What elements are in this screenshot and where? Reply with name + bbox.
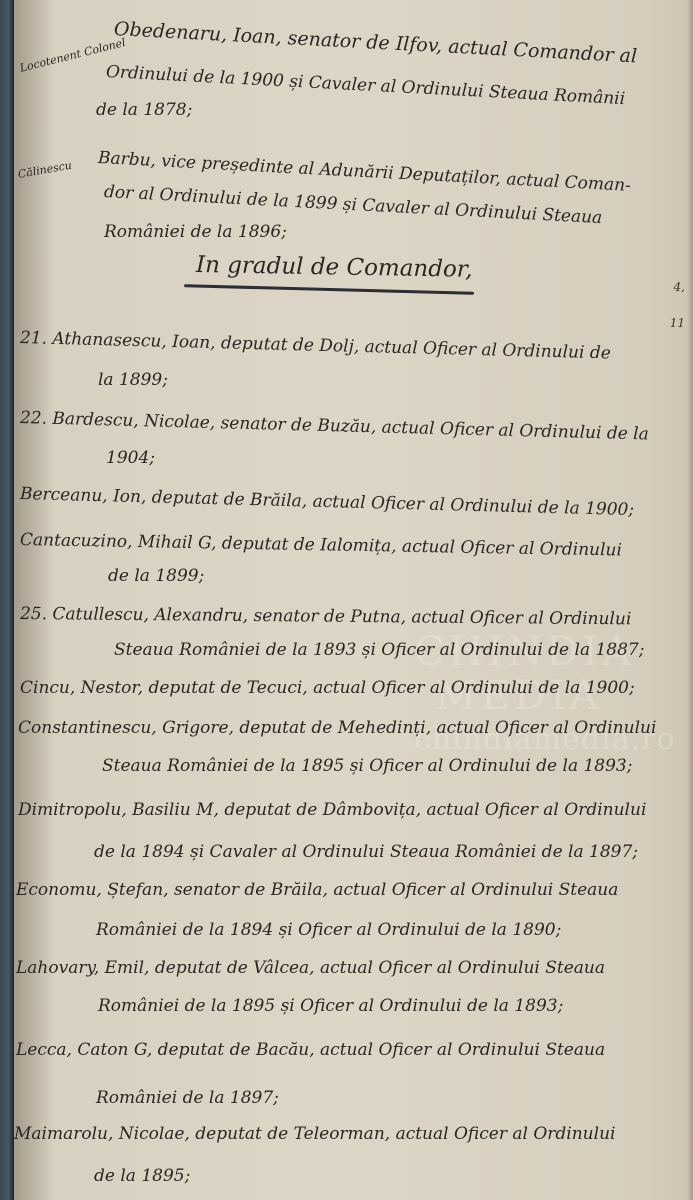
entry-line: Lecca, Caton G, deputat de Bacău, actual… [16,1040,605,1060]
entry-line: României de la 1897; [96,1088,279,1108]
entry-line: de la 1878; [96,100,192,120]
entry-line: Obedenaru, Ioan, senator de Ilfov, actua… [113,18,637,67]
entry-line: 22. Bardescu, Nicolae, senator de Buzău,… [20,408,649,444]
entry-line: Steaua României de la 1893 și Oficer al … [114,640,644,660]
entry-text: Athanasescu, Ioan, deputat de Dolj, actu… [52,329,611,364]
entry-line: Lahovary, Emil, deputat de Vâlcea, actua… [16,958,605,978]
entry-line: României de la 1896; [104,222,287,242]
entry-line: Constantinescu, Grigore, deputat de Mehe… [18,718,656,738]
entry-line: de la 1899; [108,566,204,586]
entry-number: 21. [20,328,48,349]
entry-text: Bardescu, Nicolae, senator de Buzău, act… [52,409,649,445]
manuscript-page: CHINDIA MEDIA chindiamedia.ro Locotenent… [14,0,693,1200]
entry-line: Berceanu, Ion, deputat de Brăila, actual… [20,484,635,520]
margin-label: Călinescu [17,159,73,181]
book-binding [0,0,14,1200]
entry-line: Dimitropolu, Basiliu M, deputat de Dâmbo… [18,800,646,820]
entry-line: 21. Athanasescu, Ioan, deputat de Dolj, … [20,328,611,363]
margin-mark: 4, [674,280,685,294]
entry-line: de la 1894 și Cavaler al Ordinului Steau… [94,842,638,862]
entry-line: Cincu, Nestor, deputat de Tecuci, actual… [20,678,635,698]
entry-line: Economu, Ștefan, senator de Brăila, actu… [16,880,618,900]
heading-underline [184,284,474,295]
entry-line: la 1899; [98,370,168,390]
entry-line: de la 1895; [94,1166,190,1186]
entry-line: 25. Catullescu, Alexandru, senator de Pu… [20,604,631,629]
margin-mark: 11 [670,316,685,330]
entry-text: Catullescu, Alexandru, senator de Putna,… [52,604,631,629]
entry-line: Maimarolu, Nicolae, deputat de Teleorman… [14,1124,615,1144]
entry-number: 22. [20,408,48,429]
entry-line: României de la 1894 și Oficer al Ordinul… [96,920,561,940]
entry-line: Cantacuzino, Mihail G, deputat de Ialomi… [20,530,622,561]
entry-line: Steaua României de la 1895 și Oficer al … [102,756,632,776]
entry-number: 25. [20,604,47,624]
entry-line: României de la 1895 și Oficer al Ordinul… [98,996,563,1016]
entry-line: 1904; [106,448,155,468]
section-heading: In gradul de Comandor, [196,252,473,283]
